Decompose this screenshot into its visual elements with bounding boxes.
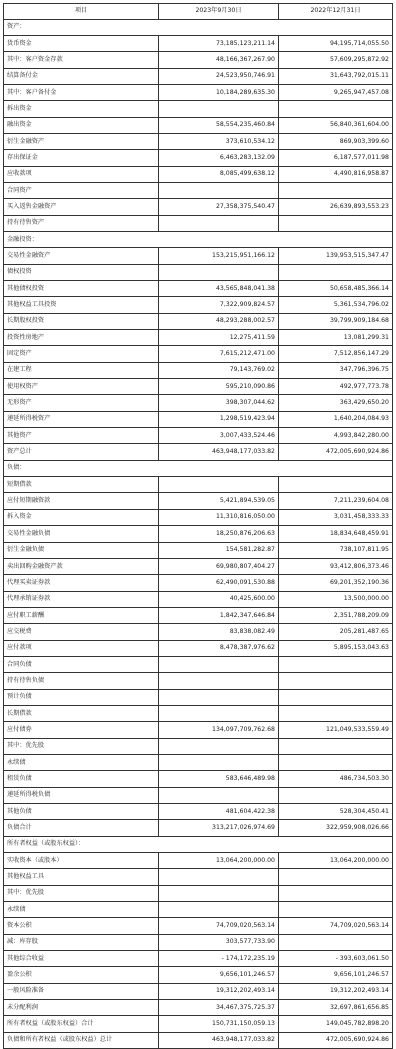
value-current: [159, 689, 279, 705]
value-prior: 50,658,485,366.14: [279, 281, 393, 297]
table-row: 减：库存股303,577,733.90: [4, 934, 393, 950]
table-row: 代理买卖证券款62,490,091,530.8869,201,352,190.3…: [4, 575, 393, 591]
value-current: 398,307,044.62: [159, 395, 279, 411]
value-current: 481,604,422.38: [159, 804, 279, 820]
value-prior: 9,265,947,457.08: [279, 84, 393, 100]
value-prior: [279, 264, 393, 280]
row-label: 存出保证金: [4, 150, 159, 166]
value-current: 18,250,876,206.63: [159, 526, 279, 542]
value-current: 83,838,082.49: [159, 624, 279, 640]
row-label: 预计负债: [4, 689, 159, 705]
table-row: 其他权益工具投资7,322,909,824.575,361,534,796.02: [4, 297, 393, 313]
value-current: 1,842,347,646.84: [159, 607, 279, 623]
table-row: 融出资金58,554,235,460.8456,840,361,604.00: [4, 117, 393, 133]
table-row: 投资性房地产12,275,411.5913,081,299.31: [4, 330, 393, 346]
value-prior: 13,064,200,000.00: [279, 853, 393, 869]
value-prior: 347,796,396.75: [279, 362, 393, 378]
value-current: 134,097,709,762.68: [159, 722, 279, 738]
table-row: 固定资产7,615,212,471.007,512,856,147.29: [4, 346, 393, 362]
header-item: 项目: [4, 4, 159, 20]
value-prior: [279, 689, 393, 705]
row-label: 实收资本（或股本）: [4, 853, 159, 869]
value-current: [159, 869, 279, 885]
section-label: 金融投资：: [4, 231, 393, 247]
table-row: 应付职工薪酬1,842,347,646.842,351,788,209.09: [4, 607, 393, 623]
value-current: 5,421,894,539.05: [159, 493, 279, 509]
row-label: 资产总计: [4, 444, 159, 460]
value-prior: 18,834,648,459.91: [279, 526, 393, 542]
table-row: 结算备付金24,523,950,746.9131,643,792,015.11: [4, 68, 393, 84]
table-row: 资本公积74,709,020,563.1474,709,020,563.14: [4, 918, 393, 934]
section-row: 负债：: [4, 460, 393, 476]
value-current: [159, 673, 279, 689]
value-prior: [279, 754, 393, 770]
row-label: 应收款项: [4, 166, 159, 182]
row-label: 无形资产: [4, 395, 159, 411]
table-row: 在建工程79,143,769.02347,796,396.75: [4, 362, 393, 378]
value-current: [159, 902, 279, 918]
table-row: 拆出资金: [4, 101, 393, 117]
table-row: 应付债券134,097,709,762.68121,049,533,559.49: [4, 722, 393, 738]
row-label: 资本公积: [4, 918, 159, 934]
table-row: 其中：客户资金存款48,166,367,267.9057,609,295,872…: [4, 52, 393, 68]
table-row: 衍生金融资产373,610,534.12869,903,399.60: [4, 133, 393, 149]
row-label: 其他综合收益: [4, 951, 159, 954]
value-prior: 5,895,153,043.63: [279, 640, 393, 656]
table-row: 递延所得税资产1,298,519,423.941,640,204,084.93: [4, 411, 393, 427]
value-current: 8,478,387,976.62: [159, 640, 279, 656]
value-current: [159, 215, 279, 231]
value-prior: 93,412,806,373.46: [279, 558, 393, 574]
row-label: 永续债: [4, 754, 159, 770]
table-row: 应收款项8,085,499,638.124,490,816,958.87: [4, 166, 393, 182]
value-prior: [279, 656, 393, 672]
value-prior: 6,187,577,011.98: [279, 150, 393, 166]
row-label: 长期股权投资: [4, 313, 159, 329]
table-row: 卖出回购金融资产款69,980,807,404.2793,412,806,373…: [4, 558, 393, 574]
value-current: 8,085,499,638.12: [159, 166, 279, 182]
value-prior: 57,609,295,872.92: [279, 52, 393, 68]
value-current: [159, 705, 279, 721]
value-prior: 5,361,534,796.02: [279, 297, 393, 313]
value-current: 43,565,848,041.38: [159, 281, 279, 297]
row-label: 投资性房地产: [4, 330, 159, 346]
row-label: 其中：优先股: [4, 885, 159, 901]
value-prior: 492,977,773.78: [279, 379, 393, 395]
row-label: 衍生金融负债: [4, 542, 159, 558]
value-current: - 174,172,235.19: [159, 951, 279, 954]
value-prior: [279, 101, 393, 117]
value-current: 3,007,433,524.46: [159, 428, 279, 444]
table-row: 其他综合收益- 174,172,235.19- 393,603,061.50: [4, 951, 393, 954]
row-label: 应付款项: [4, 640, 159, 656]
value-prior: 7,211,239,604.08: [279, 493, 393, 509]
table-row: 应交税费83,838,082.49205,281,487.65: [4, 624, 393, 640]
value-prior: 486,734,503.30: [279, 771, 393, 787]
value-current: 62,490,091,530.88: [159, 575, 279, 591]
row-label: 应付职工薪酬: [4, 607, 159, 623]
value-prior: 13,500,000.00: [279, 591, 393, 607]
value-prior: 31,643,792,015.11: [279, 68, 393, 84]
value-prior: 56,840,361,604.00: [279, 117, 393, 133]
table-row: 买入返售金融资产27,358,375,540.4726,639,893,553.…: [4, 199, 393, 215]
value-prior: [279, 477, 393, 493]
section-label: 资产：: [4, 19, 393, 35]
value-prior: 205,281,487.65: [279, 624, 393, 640]
table-row: 其中：优先股: [4, 738, 393, 754]
table-row: 其他资产3,007,433,524.464,993,842,280.00: [4, 428, 393, 444]
row-label: 拆出资金: [4, 101, 159, 117]
value-prior: 139,953,515,347.47: [279, 248, 393, 264]
table-row: 债权投资: [4, 264, 393, 280]
value-prior: [279, 738, 393, 754]
value-current: 10,184,289,635.30: [159, 84, 279, 100]
value-current: 373,610,534.12: [159, 133, 279, 149]
table-row: 长期股权投资48,293,288,002.5739,799,909,184.68: [4, 313, 393, 329]
row-label: 使用权资产: [4, 379, 159, 395]
value-current: [159, 656, 279, 672]
table-row: 代理承销证券款40,425,600.0013,500,000.00: [4, 591, 393, 607]
value-prior: 4,993,842,280.00: [279, 428, 393, 444]
row-label: 减：库存股: [4, 934, 159, 950]
row-label: 代理买卖证券款: [4, 575, 159, 591]
row-label: 债权投资: [4, 264, 159, 280]
value-current: 74,709,020,563.14: [159, 918, 279, 934]
table-row: 货币资金73,185,123,211.1494,195,714,055.50: [4, 35, 393, 51]
value-current: 1,298,519,423.94: [159, 411, 279, 427]
row-label: 应交税费: [4, 624, 159, 640]
table-row: 其他权益工具: [4, 869, 393, 885]
value-current: 58,554,235,460.84: [159, 117, 279, 133]
value-current: 48,166,367,267.90: [159, 52, 279, 68]
value-current: 11,310,816,050.00: [159, 509, 279, 525]
value-prior: [279, 869, 393, 885]
value-current: 12,275,411.59: [159, 330, 279, 346]
row-label: 卖出回购金融资产款: [4, 558, 159, 574]
value-current: [159, 182, 279, 198]
value-current: 13,064,200,000.00: [159, 853, 279, 869]
value-current: [159, 264, 279, 280]
value-current: 79,143,769.02: [159, 362, 279, 378]
value-current: [159, 787, 279, 803]
section-label: 所有者权益（或股东权益）：: [4, 836, 393, 852]
row-label: 递延所得税资产: [4, 411, 159, 427]
table-row: 合同负债: [4, 656, 393, 672]
row-label: 其他债权投资: [4, 281, 159, 297]
value-prior: [279, 705, 393, 721]
table-row: 永续债: [4, 902, 393, 918]
value-prior: [279, 885, 393, 901]
value-prior: 121,049,533,559.49: [279, 722, 393, 738]
value-current: 303,577,733.90: [159, 934, 279, 950]
table-row: 持有待售负债: [4, 673, 393, 689]
table-row: 合同资产: [4, 182, 393, 198]
value-current: 69,980,807,404.27: [159, 558, 279, 574]
row-label: 代理承销证券款: [4, 591, 159, 607]
value-current: [159, 885, 279, 901]
section-label: 负债：: [4, 460, 393, 476]
table-row: 无形资产398,307,044.62363,429,650.20: [4, 395, 393, 411]
value-prior: 26,639,893,553.23: [279, 199, 393, 215]
value-prior: [279, 182, 393, 198]
value-current: [159, 101, 279, 117]
row-label: 其中：客户资金存款: [4, 52, 159, 68]
value-current: 24,523,950,746.91: [159, 68, 279, 84]
value-current: 313,217,026,974.69: [159, 820, 279, 836]
table-row: 交易性金融资产153,215,951,166.12139,953,515,347…: [4, 248, 393, 264]
header-row: 项目 2023年9月30日 2022年12月31日: [4, 4, 393, 20]
row-label: 其中：客户备付金: [4, 84, 159, 100]
table-body: 资产：货币资金73,185,123,211.1494,195,714,055.5…: [4, 19, 393, 954]
value-current: 7,615,212,471.00: [159, 346, 279, 362]
value-prior: 94,195,714,055.50: [279, 35, 393, 51]
value-prior: [279, 934, 393, 950]
row-label: 长期借款: [4, 705, 159, 721]
row-label: 拆入资金: [4, 509, 159, 525]
value-prior: 322,959,908,026.66: [279, 820, 393, 836]
header-period-prior: 2022年12月31日: [279, 4, 393, 20]
value-current: 27,358,375,540.47: [159, 199, 279, 215]
row-label: 合同负债: [4, 656, 159, 672]
table-row: 负债合计313,217,026,974.69322,959,908,026.66: [4, 820, 393, 836]
table-row: 实收资本（或股本）13,064,200,000.0013,064,200,000…: [4, 853, 393, 869]
balance-sheet-table: 项目 2023年9月30日 2022年12月31日 资产：货币资金73,185,…: [3, 3, 393, 954]
table-row: 其中：客户备付金10,184,289,635.309,265,947,457.0…: [4, 84, 393, 100]
value-prior: 69,201,352,190.36: [279, 575, 393, 591]
table-row: 预计负债: [4, 689, 393, 705]
table-row: 其他债权投资43,565,848,041.3850,658,485,366.14: [4, 281, 393, 297]
row-label: 买入返售金融资产: [4, 199, 159, 215]
value-prior: [279, 215, 393, 231]
table-row: 递延所得税负债: [4, 787, 393, 803]
row-label: 融出资金: [4, 117, 159, 133]
table-row: 使用权资产595,210,090.86492,977,773.78: [4, 379, 393, 395]
value-current: 7,322,909,824.57: [159, 297, 279, 313]
table-row: 其中：优先股: [4, 885, 393, 901]
value-current: 73,185,123,211.14: [159, 35, 279, 51]
table-row: 衍生金融负债154,581,282.87738,107,811.95: [4, 542, 393, 558]
row-label: 结算备付金: [4, 68, 159, 84]
table-row: 持有待售资产: [4, 215, 393, 231]
value-current: 583,646,489.98: [159, 771, 279, 787]
table-row: 应付款项8,478,387,976.625,895,153,043.63: [4, 640, 393, 656]
row-label: 其中：优先股: [4, 738, 159, 754]
value-prior: 1,640,204,084.93: [279, 411, 393, 427]
value-prior: 528,304,450.41: [279, 804, 393, 820]
table-row: 租赁负债583,646,489.98486,734,503.30: [4, 771, 393, 787]
value-prior: 869,903,399.60: [279, 133, 393, 149]
value-prior: [279, 673, 393, 689]
value-prior: [279, 902, 393, 918]
table-row: 短期借款: [4, 477, 393, 493]
row-label: 货币资金: [4, 35, 159, 51]
table-row: 应付短期融资款5,421,894,539.057,211,239,604.08: [4, 493, 393, 509]
value-current: [159, 738, 279, 754]
value-prior: [279, 787, 393, 803]
row-label: 应付短期融资款: [4, 493, 159, 509]
section-row: 金融投资：: [4, 231, 393, 247]
row-label: 永续债: [4, 902, 159, 918]
row-label: 交易性金融负债: [4, 526, 159, 542]
value-prior: 39,799,909,184.68: [279, 313, 393, 329]
row-label: 租赁负债: [4, 771, 159, 787]
row-label: 其他负债: [4, 804, 159, 820]
row-label: 递延所得税负债: [4, 787, 159, 803]
value-current: 595,210,090.86: [159, 379, 279, 395]
header-period-current: 2023年9月30日: [159, 4, 279, 20]
row-label: 合同资产: [4, 182, 159, 198]
value-prior: 7,512,856,147.29: [279, 346, 393, 362]
value-current: 153,215,951,166.12: [159, 248, 279, 264]
value-prior: 738,107,811.95: [279, 542, 393, 558]
row-label: 交易性金融资产: [4, 248, 159, 264]
row-label: 固定资产: [4, 346, 159, 362]
table-row: 资产总计463,948,177,033.82472,005,690,924.86: [4, 444, 393, 460]
row-label: 短期借款: [4, 477, 159, 493]
table-row: 长期借款: [4, 705, 393, 721]
value-prior: 3,031,458,333.33: [279, 509, 393, 525]
row-label: 持有待售资产: [4, 215, 159, 231]
section-row: 资产：: [4, 19, 393, 35]
row-label: 在建工程: [4, 362, 159, 378]
value-prior: - 393,603,061.50: [279, 951, 393, 954]
value-current: 6,463,283,132.09: [159, 150, 279, 166]
table-row: 存出保证金6,463,283,132.096,187,577,011.98: [4, 150, 393, 166]
value-current: [159, 754, 279, 770]
row-label: 负债合计: [4, 820, 159, 836]
value-prior: 4,490,816,958.87: [279, 166, 393, 182]
value-current: 48,293,288,002.57: [159, 313, 279, 329]
value-prior: 472,005,690,924.86: [279, 444, 393, 460]
row-label: 应付债券: [4, 722, 159, 738]
row-label: 其他资产: [4, 428, 159, 444]
row-label: 其他权益工具投资: [4, 297, 159, 313]
value-prior: 74,709,020,563.14: [279, 918, 393, 934]
table-row: 其他负债481,604,422.38528,304,450.41: [4, 804, 393, 820]
value-current: [159, 477, 279, 493]
row-label: 其他权益工具: [4, 869, 159, 885]
value-current: 154,581,282.87: [159, 542, 279, 558]
value-current: 463,948,177,033.82: [159, 444, 279, 460]
row-label: 衍生金融资产: [4, 133, 159, 149]
value-prior: 13,081,299.31: [279, 330, 393, 346]
table-row: 交易性金融负债18,250,876,206.6318,834,648,459.9…: [4, 526, 393, 542]
table-row: 永续债: [4, 754, 393, 770]
value-current: 40,425,600.00: [159, 591, 279, 607]
value-prior: 363,429,650.20: [279, 395, 393, 411]
row-label: 持有待售负债: [4, 673, 159, 689]
value-prior: 2,351,788,209.09: [279, 607, 393, 623]
table-row: 拆入资金11,310,816,050.003,031,458,333.33: [4, 509, 393, 525]
section-row: 所有者权益（或股东权益）：: [4, 836, 393, 852]
